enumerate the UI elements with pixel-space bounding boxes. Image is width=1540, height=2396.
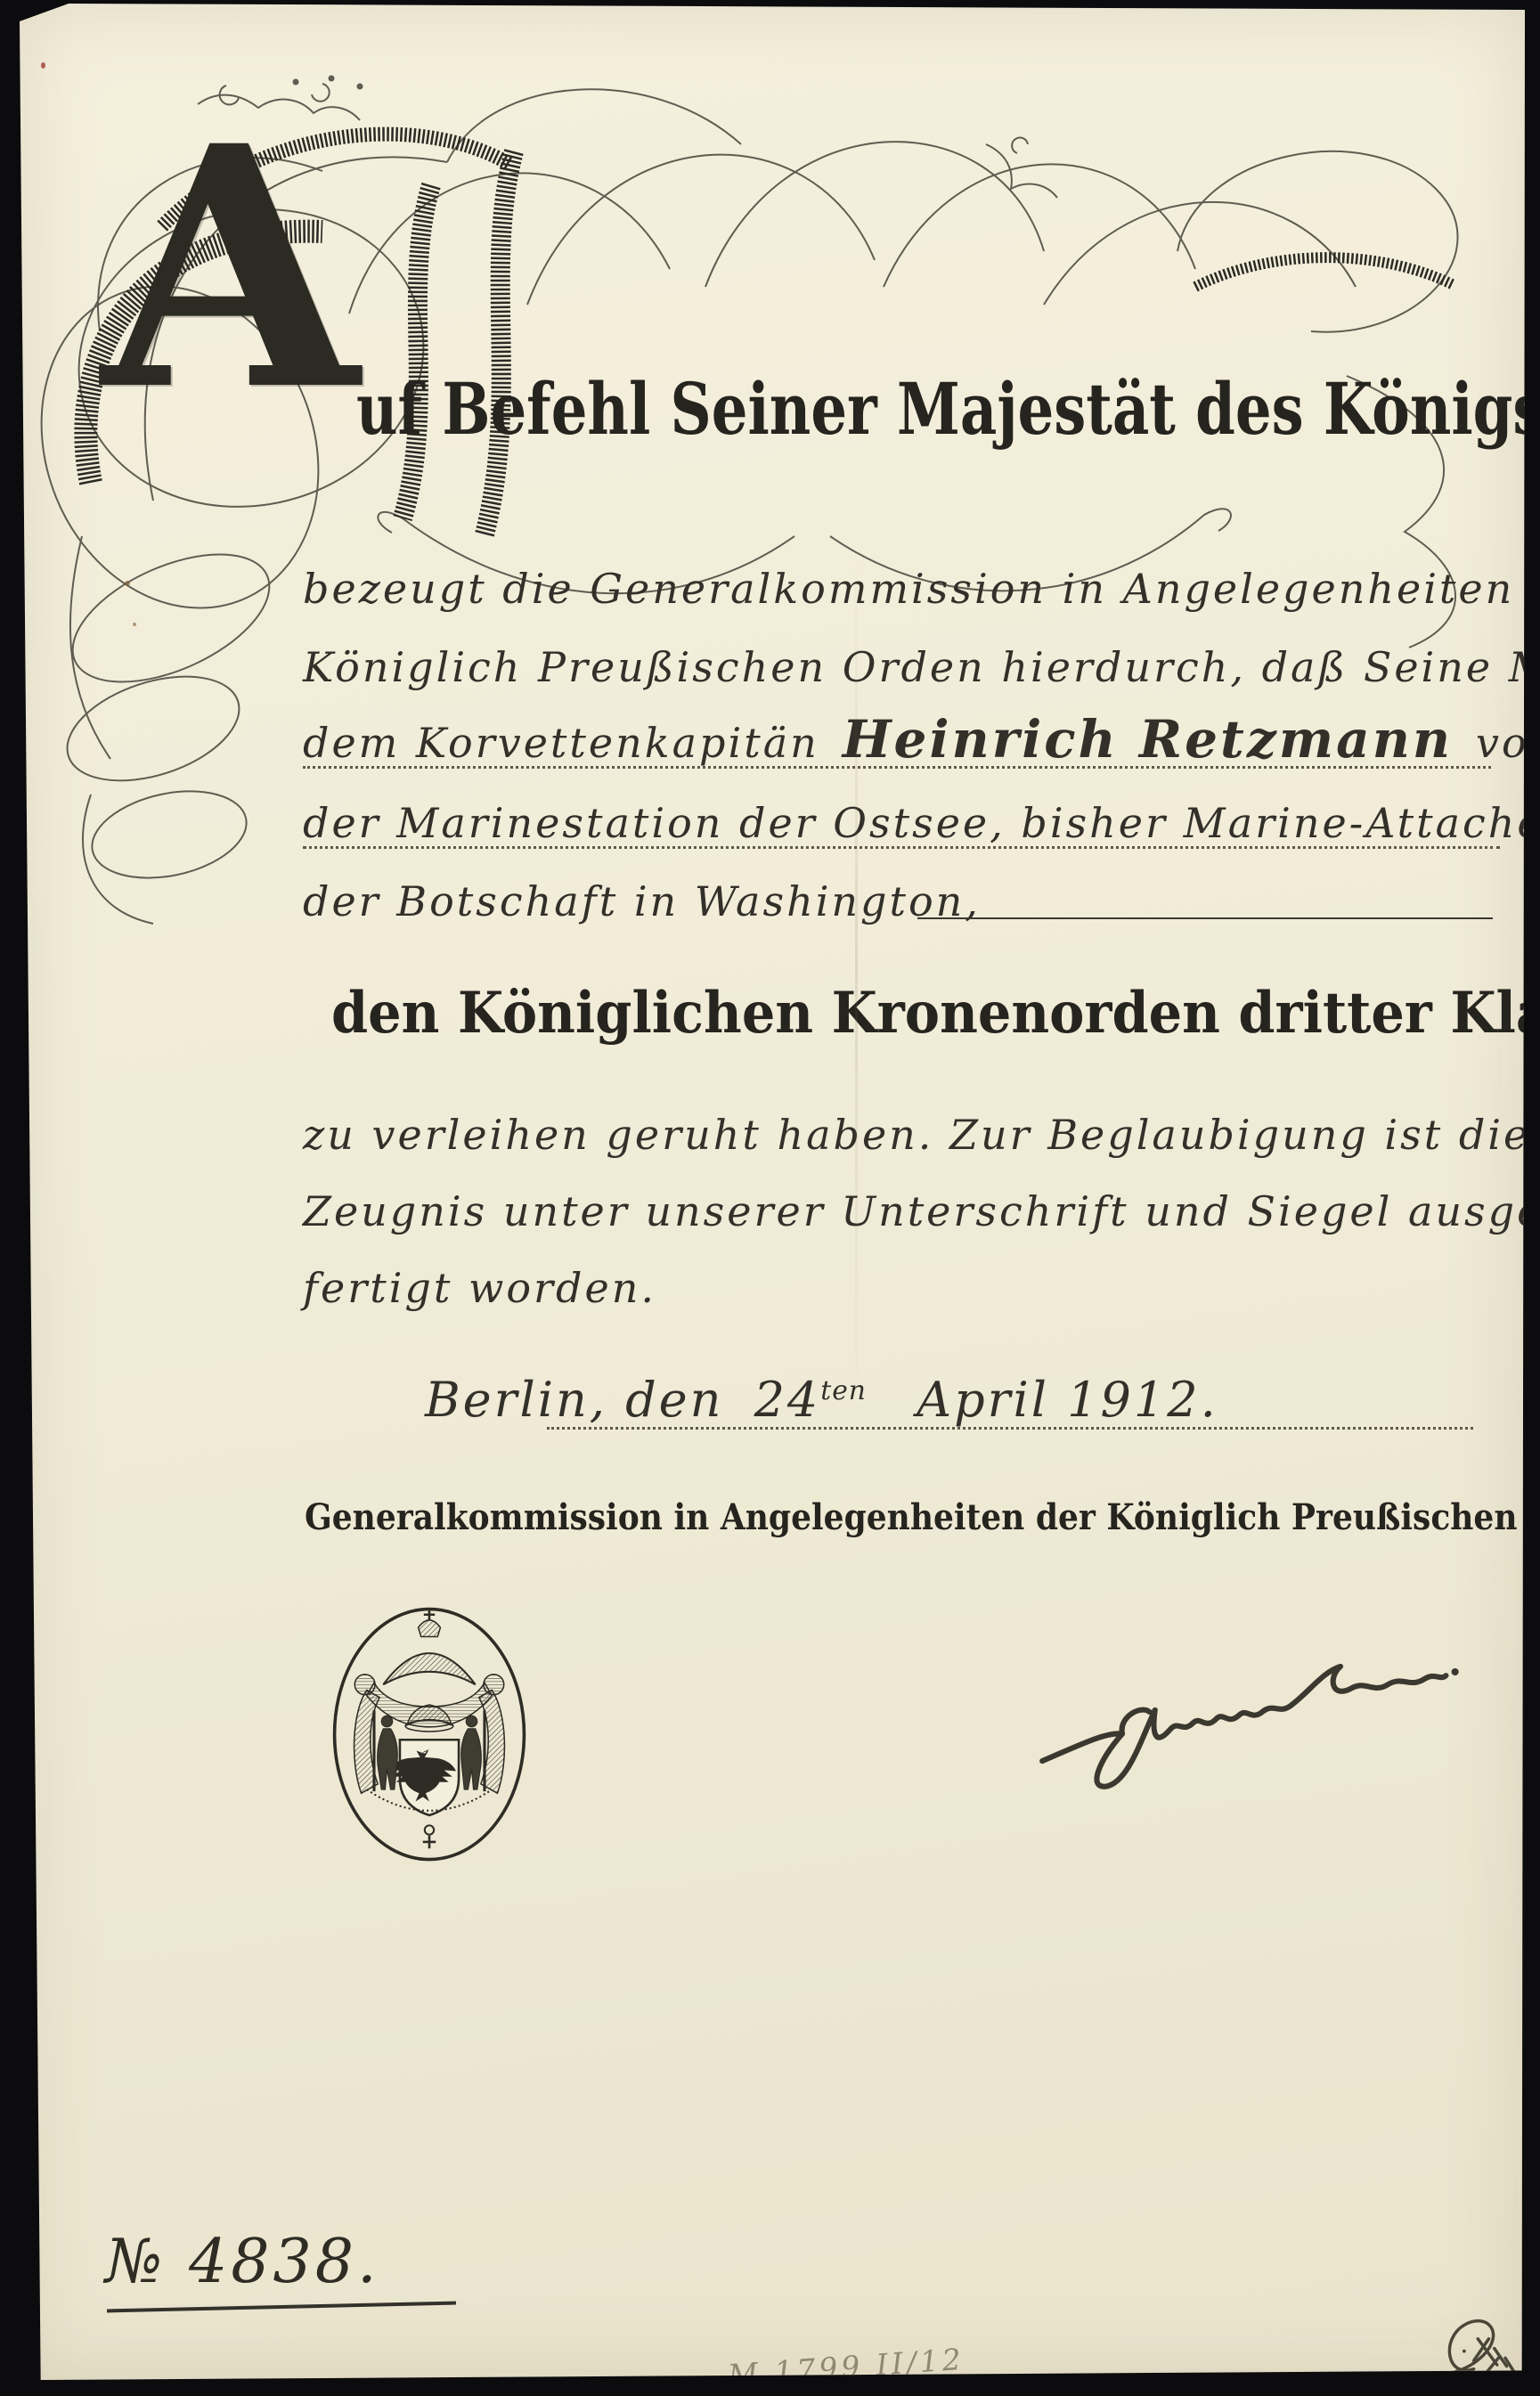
date-ordinal: ten: [820, 1375, 867, 1406]
date-day: 24: [754, 1372, 821, 1428]
serial-number: № 4838.: [105, 2227, 380, 2297]
date-line: Berlin, den 24ten April 1912.: [425, 1372, 1218, 1428]
recipient-name: Heinrich Retzmann: [843, 709, 1453, 770]
date-city: Berlin, den: [425, 1372, 723, 1428]
photographed-backdrop: A uf Befehl Seiner Majestät des Königs b…: [0, 0, 1540, 2396]
body-line-4: der Marinestation der Ostsee, bisher Mar…: [303, 799, 1540, 847]
recipient-suffix: von: [1476, 719, 1540, 767]
serial-underline: [107, 2302, 456, 2313]
headline-drop-cap: A: [102, 103, 359, 435]
headline-text: uf Befehl Seiner Majestät des Königs: [356, 367, 1540, 451]
blank-fill-rule: [917, 917, 1493, 919]
recipient-line: dem KorvettenkapitänHeinrich Retzmannvon: [303, 709, 1540, 770]
dotted-fill-line: [303, 766, 1491, 769]
award-title: den Königlichen Kronenorden dritter Klas…: [331, 980, 1540, 1047]
issuing-commission-line: Generalkommission in Angelegenheiten der…: [305, 1496, 1540, 1538]
foxing-speck: [125, 581, 130, 586]
red-speck: [41, 62, 45, 69]
foxing-speck: [133, 623, 136, 626]
body-line-2: Königlich Preußischen Orden hierdurch, d…: [303, 643, 1540, 691]
fold-crease: [855, 547, 858, 1393]
body-line-6: zu verleihen geruht haben. Zur Beglaubig…: [303, 1111, 1540, 1159]
pencil-archive-note: M 1799 II/12: [727, 2342, 966, 2392]
prussian-royal-seal: [315, 1594, 543, 1870]
corner-monogram: [1434, 2314, 1523, 2380]
official-signature: [1035, 1653, 1471, 1818]
certificate-paper: A uf Befehl Seiner Majestät des Königs b…: [20, 4, 1525, 2380]
body-line-5: der Botschaft in Washington,: [303, 877, 981, 925]
body-line-8: fertigt worden.: [303, 1264, 656, 1312]
body-line-1: bezeugt die Generalkommission in Angeleg…: [303, 565, 1540, 613]
date-month-year: April 1912.: [917, 1372, 1218, 1428]
recipient-prefix: dem Korvettenkapitän: [303, 719, 819, 767]
dotted-fill-line: [303, 846, 1500, 849]
body-line-7: Zeugnis unter unserer Unterschrift und S…: [303, 1187, 1540, 1235]
